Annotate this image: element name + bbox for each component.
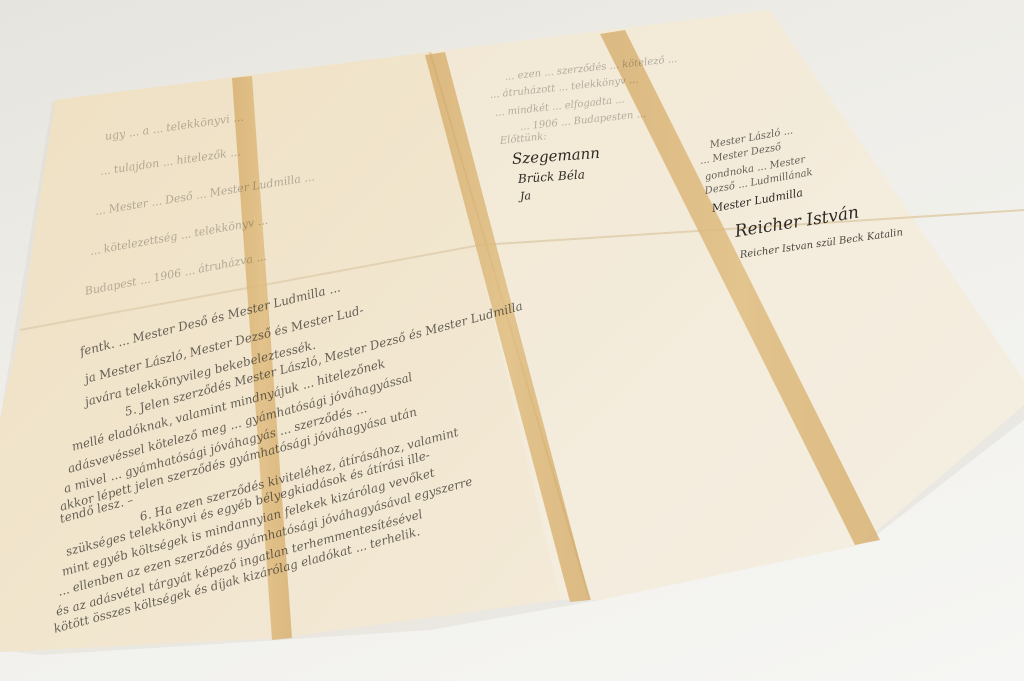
signature: Ja xyxy=(520,189,532,203)
